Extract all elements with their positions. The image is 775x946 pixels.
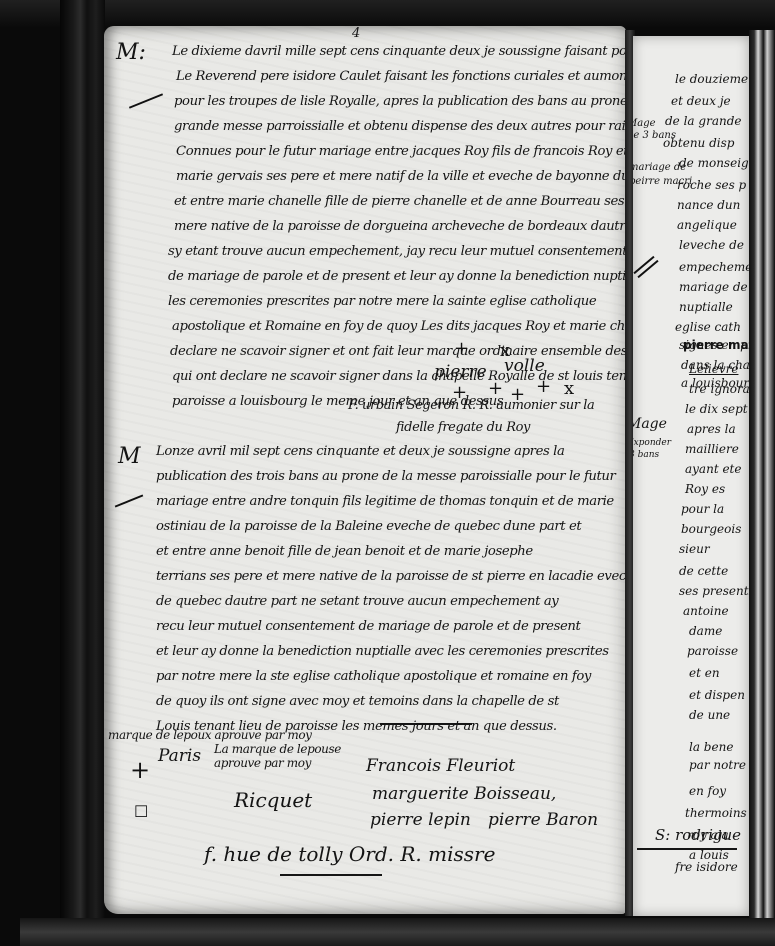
right-line: la bene	[689, 740, 733, 754]
right-line: le douzieme	[675, 72, 748, 86]
right-line: roche ses p	[677, 178, 746, 192]
top-edge	[0, 0, 775, 28]
entry2-line: recu leur mutuel consentement de mariage…	[156, 619, 580, 634]
right-line: thermoins	[685, 806, 747, 820]
signature-underline	[280, 874, 382, 876]
scan-background: 4 M: Le dixieme davril mille sept cens c…	[0, 0, 775, 946]
entry1-line: pour les troupes de lisle Royalle, apres…	[174, 94, 626, 109]
right-line: apres la	[687, 422, 736, 436]
right-line: sieur	[679, 542, 710, 556]
right-line: et en	[689, 666, 720, 680]
margin-note-line: Mage	[633, 416, 667, 432]
mark-cross: +	[536, 376, 551, 397]
entry1-line: qui ont declare ne scavoir signer dans l…	[172, 369, 626, 384]
entry1-line: Connues pour le futur mariage entre jacq…	[176, 144, 626, 159]
mark-x: x	[564, 378, 574, 399]
right-line: Lelievre	[689, 362, 738, 376]
right-line: de cette	[679, 564, 728, 578]
right-line: leveche de	[679, 238, 744, 252]
right-line: le dix sept	[685, 402, 748, 416]
signature-pierre-baron: pierre Baron	[488, 810, 598, 830]
right-line: bourgeois	[681, 522, 741, 536]
right-line: tre ignorant	[689, 382, 749, 396]
signature-volle: volle	[504, 356, 545, 376]
signature-pierre-lepin: pierre lepin	[370, 810, 471, 830]
signature-officiant-line2: fidelle fregate du Roy	[396, 420, 530, 435]
right-line: dame	[689, 624, 722, 638]
entry2-line: et leur ay donne la benediction nuptiall…	[156, 644, 609, 659]
signature-pierre: pierre	[434, 362, 487, 382]
divider-line	[380, 723, 472, 725]
right-line: fre isidore	[675, 860, 738, 874]
entry2-line: Lonze avril mil sept cens cinquante et d…	[156, 444, 564, 459]
right-line: mariage de	[679, 280, 748, 294]
entry1-line: mere native de la paroisse de dorgueina …	[174, 219, 626, 234]
right-line: et dispen	[689, 688, 745, 702]
seal-mark-icon: ☐	[134, 802, 148, 821]
right-line: de monseig	[679, 156, 749, 170]
entry2-line: de quebec dautre part ne setant trouve a…	[156, 594, 558, 609]
right-line: Roy es	[685, 482, 725, 496]
entry2-margin-letter: M	[118, 444, 141, 469]
right-line: en foy	[689, 784, 726, 798]
entry1-margin-dash	[129, 93, 163, 108]
right-line: eglise cath	[675, 320, 741, 334]
entry2-margin-dash	[115, 494, 144, 507]
entry1-line: les ceremonies prescrites par notre mere…	[168, 294, 596, 309]
bottom-edge	[20, 918, 775, 946]
right-line: de une	[689, 708, 730, 722]
entry1-line: et entre marie chanelle fille de pierre …	[174, 194, 626, 209]
signature-francois-fleuriot: Francois Fleuriot	[366, 756, 515, 776]
right-line: mailliere	[685, 442, 739, 456]
right-line: obtenu disp	[663, 136, 734, 150]
right-line-pierre-macri: pierre macri	[683, 338, 749, 352]
right-page: Mage de 3 bans mariage de peirre macri M…	[633, 36, 749, 916]
right-line: par notre	[689, 758, 746, 772]
entry1-line: apostolique et Romaine en foy de quoy Le…	[172, 319, 626, 334]
signature-flourish	[637, 848, 737, 850]
right-line: nance dun	[677, 198, 740, 212]
signature-marguerite-boisseau: marguerite Boisseau,	[372, 784, 556, 804]
mark-cross: +	[488, 378, 503, 399]
entry2-line: par notre mere la ste eglise catholique …	[156, 669, 591, 684]
right-line: ayant ete	[685, 462, 741, 476]
signature-paris: Paris	[158, 746, 201, 766]
right-line: et deux je	[671, 94, 731, 108]
page-number: 4	[352, 26, 360, 41]
entry1-line: grande messe parroissialle et obtenu dis…	[174, 119, 626, 134]
entry2-line: ostiniau de la paroisse de la Baleine ev…	[156, 519, 581, 534]
entry2-line: mariage entre andre tonquin fils legitim…	[156, 494, 614, 509]
right-line: paroisse	[687, 644, 738, 658]
margin-note-line: Mage	[633, 118, 656, 129]
right-line: de la grande	[665, 114, 742, 128]
margin-note-line: 3 bans	[633, 450, 659, 460]
entry1-line: declare ne scavoir signer et ont fait le…	[170, 344, 626, 359]
entry1-line: Le dixieme davril mille sept cens cinqua…	[172, 44, 626, 59]
left-page: 4 M: Le dixieme davril mille sept cens c…	[104, 26, 626, 914]
signature-ricquet: Ricquet	[234, 788, 312, 812]
entry1-line: Le Reverend pere isidore Caulet faisant …	[176, 69, 626, 84]
entry2-line: terrians ses pere et mere native de la p…	[156, 569, 626, 584]
right-line: angelique	[677, 218, 737, 232]
entry2-line: de quoy ils ont signe avec moy et temoin…	[156, 694, 559, 709]
entry1-line: marie gervais ses pere et mere natif de …	[176, 169, 626, 184]
margin-note-line: Exponder	[633, 438, 671, 448]
groom-mark-note: marque de lepoux aprouve par moy	[108, 728, 312, 742]
book-binding	[60, 0, 105, 946]
right-signature-rodrigue: S: rodrigue	[655, 826, 741, 844]
bride-mark-note: La marque de lepouse aprouve par moy	[214, 742, 354, 770]
entry2-line: et entre anne benoit fille de jean benoi…	[156, 544, 533, 559]
right-line: empechement	[679, 260, 749, 274]
signature-officiant: F. urbain Segeron R. R. aumonier sur la	[348, 398, 594, 413]
entry1-line: sy etant trouve aucun empechement, jay r…	[168, 244, 626, 259]
right-book-edge	[749, 30, 775, 920]
right-line: nuptialle	[679, 300, 733, 314]
signature-officiant-hue: f. hue de tolly Ord. R. missre	[204, 842, 495, 866]
entry2-line: publication des trois bans au prone de l…	[156, 469, 615, 484]
entry1-margin-letter: M:	[116, 40, 146, 65]
entry1-line: de mariage de parole et de present et le…	[168, 269, 626, 284]
right-line: ses presents	[679, 584, 749, 598]
right-line: pour la	[681, 502, 724, 516]
groom-mark-cross: +	[130, 756, 150, 784]
right-line: antoine	[683, 604, 729, 618]
mark-cross: +	[454, 338, 469, 359]
